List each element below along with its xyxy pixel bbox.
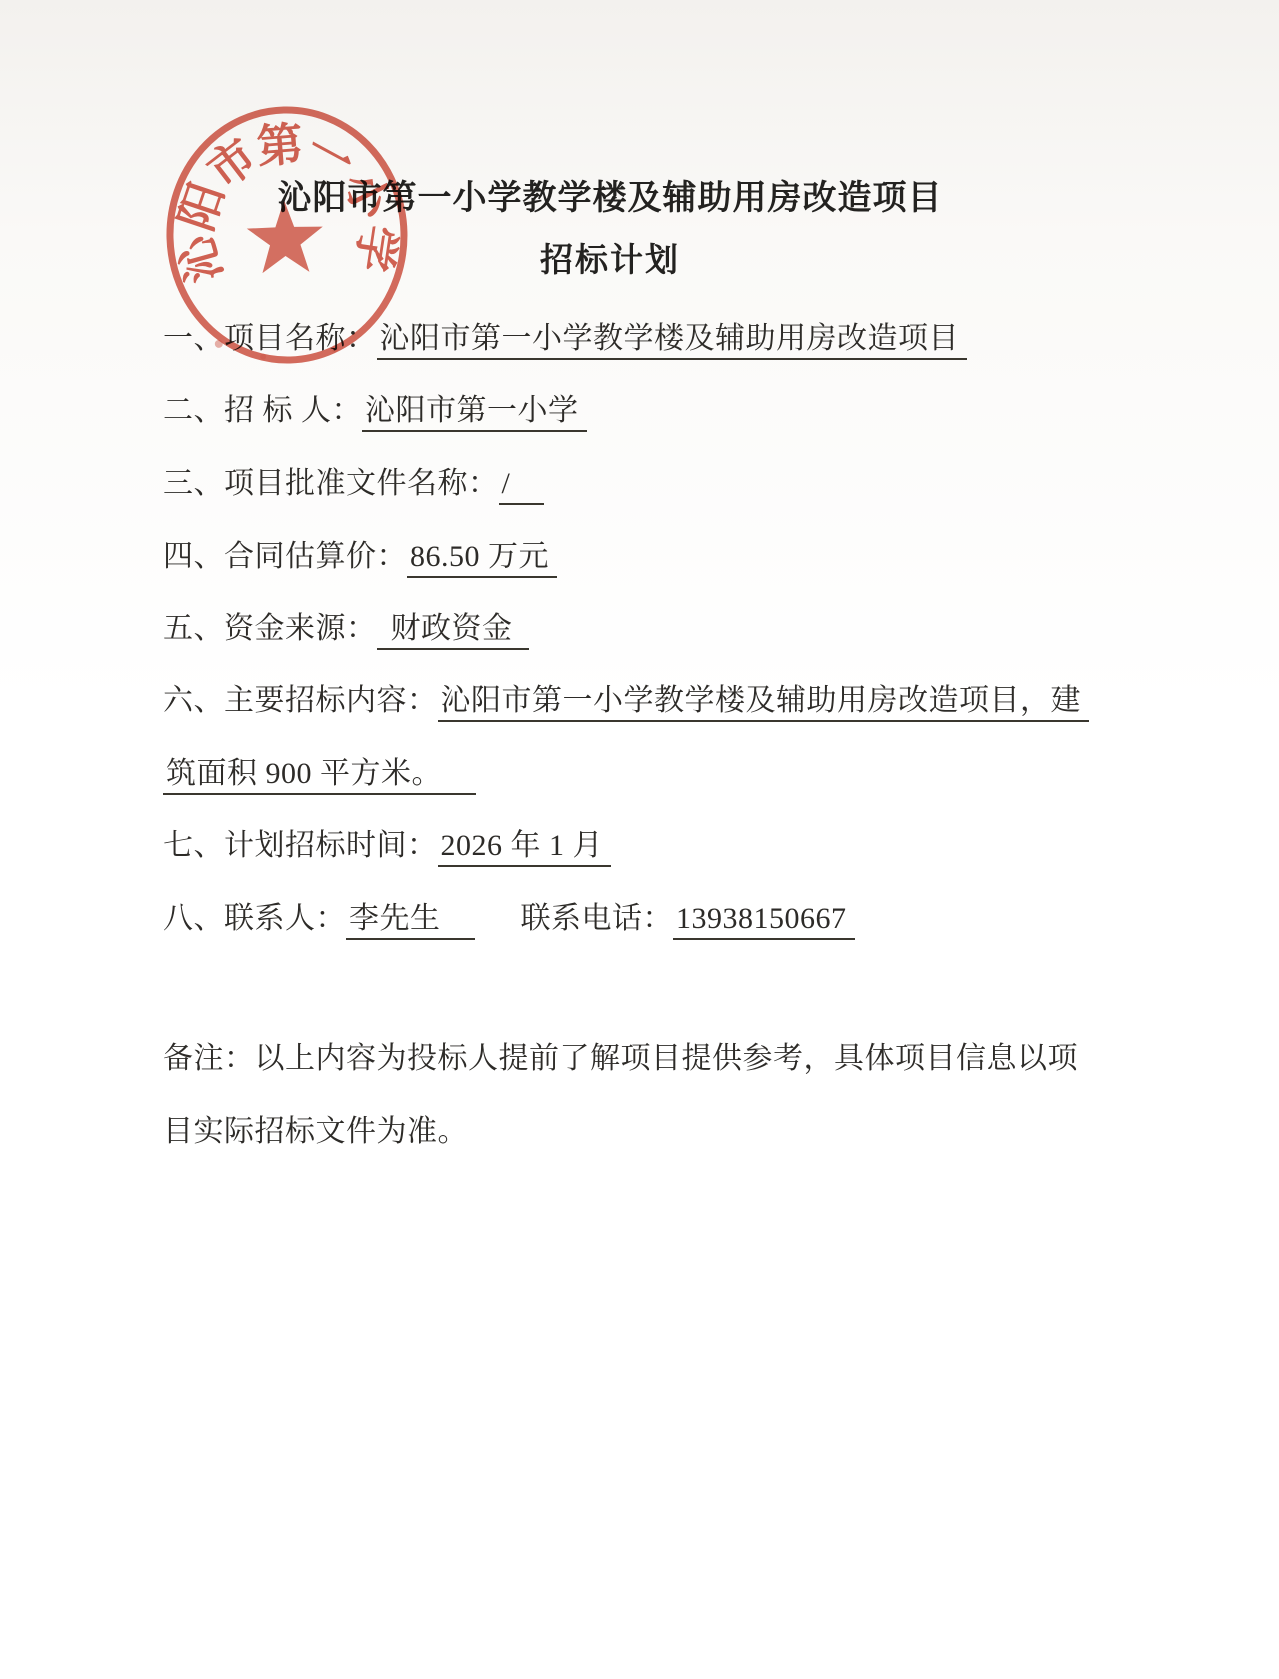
item-approval-doc: 三、项目批准文件名称：/ bbox=[163, 463, 544, 505]
document-page: 沁阳市第一小学教学楼及辅助用房改造项目 招标计划 一、项目名称：沁阳市第一小学教… bbox=[0, 0, 1279, 1679]
item-planned-tender-time-value: 2026 年 1 月 bbox=[438, 829, 612, 867]
item-contact-phone-value: 13938150667 bbox=[673, 902, 855, 940]
item-tender-content-value2: 筑面积 900 平方米。 bbox=[163, 757, 476, 795]
seal-char: 第 bbox=[255, 119, 305, 173]
item-tenderer-value: 沁阳市第一小学 bbox=[362, 394, 587, 432]
item-project-name-label: 一、项目名称： bbox=[163, 322, 377, 355]
item-contract-estimate-label: 四、合同估算价： bbox=[163, 540, 407, 573]
item-contract-estimate-value: 86.50 万元 bbox=[407, 540, 557, 578]
item-contract-estimate: 四、合同估算价：86.50 万元 bbox=[163, 536, 557, 578]
item-approval-doc-label: 三、项目批准文件名称： bbox=[163, 467, 499, 500]
item-project-name: 一、项目名称：沁阳市第一小学教学楼及辅助用房改造项目 bbox=[163, 318, 967, 360]
document-subtitle: 招标计划 bbox=[40, 234, 1180, 281]
item-funding-source-label: 五、资金来源： bbox=[163, 612, 377, 645]
item-tender-content-line2: 筑面积 900 平方米。 bbox=[163, 753, 476, 795]
item-contact: 八、联系人：李先生联系电话：13938150667 bbox=[163, 898, 855, 940]
item-contact-phone-label: 联系电话： bbox=[521, 902, 674, 935]
item-tenderer: 二、招 标 人：沁阳市第一小学 bbox=[163, 390, 587, 432]
document-title: 沁阳市第一小学教学楼及辅助用房改造项目 bbox=[40, 170, 1180, 219]
note-line1: 备注：以上内容为投标人提前了解项目提供参考，具体项目信息以项 bbox=[163, 1038, 1078, 1080]
item-contact-label: 八、联系人： bbox=[163, 902, 346, 935]
item-project-name-value: 沁阳市第一小学教学楼及辅助用房改造项目 bbox=[377, 322, 968, 360]
item-tenderer-label: 二、招 标 人： bbox=[163, 394, 362, 427]
item-approval-doc-value: / bbox=[499, 467, 545, 505]
item-tender-content-value: 沁阳市第一小学教学楼及辅助用房改造项目，建 bbox=[438, 684, 1090, 722]
item-planned-tender-time: 七、计划招标时间：2026 年 1 月 bbox=[163, 825, 611, 867]
item-tender-content-label: 六、主要招标内容： bbox=[163, 684, 438, 717]
item-funding-source: 五、资金来源：财政资金 bbox=[163, 608, 529, 650]
item-funding-source-value: 财政资金 bbox=[377, 612, 529, 650]
item-contact-value: 李先生 bbox=[346, 902, 475, 940]
item-tender-content: 六、主要招标内容：沁阳市第一小学教学楼及辅助用房改造项目，建 bbox=[163, 680, 1089, 722]
item-planned-tender-time-label: 七、计划招标时间： bbox=[163, 829, 438, 862]
note-line2: 目实际招标文件为准。 bbox=[163, 1111, 468, 1153]
